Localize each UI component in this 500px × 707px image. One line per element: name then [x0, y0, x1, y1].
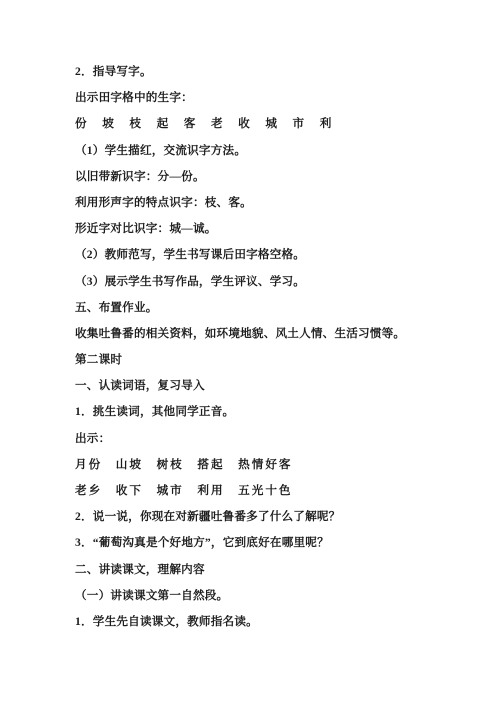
text-line: 一、认读词语，复习导入	[75, 373, 465, 399]
text-line-character-list: 份 坡 枝 起 客 老 收 城 市 利	[75, 111, 465, 137]
text-line: （3）展示学生书写作品，学生评议、学习。	[75, 269, 465, 295]
document-page: 2．指导写字。 出示田字格中的生字： 份 坡 枝 起 客 老 收 城 市 利 （…	[0, 0, 500, 707]
text-line: 二、讲读课文，理解内容	[75, 557, 465, 583]
text-line-word-list: 月份 山坡 树枝 搭起 热情好客	[75, 452, 465, 478]
text-line: （1）学生描红，交流识字方法。	[75, 138, 465, 164]
text-line: 出示田字格中的生字：	[75, 85, 465, 111]
text-line: 形近字对比识字：城—诚。	[75, 216, 465, 242]
text-line: （一）讲读课文第一自然段。	[75, 583, 465, 609]
text-line: 五、布置作业。	[75, 295, 465, 321]
text-line: 2．说一说，你现在对新疆吐鲁番多了什么了解呢？	[75, 504, 465, 530]
text-line: 利用形声字的特点识字：枝、客。	[75, 190, 465, 216]
document-text-block: 2．指导写字。 出示田字格中的生字： 份 坡 枝 起 客 老 收 城 市 利 （…	[75, 59, 465, 635]
text-line: 2．指导写字。	[75, 59, 465, 85]
text-line: （2）教师范写，学生书写课后田字格空格。	[75, 242, 465, 268]
text-line: 第二课时	[75, 347, 465, 373]
text-line: 1．挑生读词，其他同学正音。	[75, 399, 465, 425]
text-line: 收集吐鲁番的相关资料，如环境地貌、风土人情、生活习惯等。	[75, 321, 465, 347]
text-line: 1．学生先自读课文，教师指名读。	[75, 609, 465, 635]
text-line: 出示：	[75, 426, 465, 452]
text-line: 3．“葡萄沟真是个好地方”，它到底好在哪里呢？	[75, 530, 465, 556]
text-line-word-list: 老乡 收下 城市 利用 五光十色	[75, 478, 465, 504]
text-line: 以旧带新识字：分—份。	[75, 164, 465, 190]
